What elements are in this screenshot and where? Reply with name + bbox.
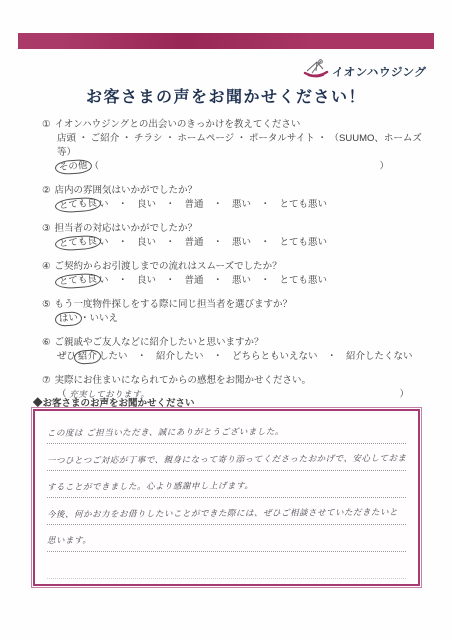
circled-answer-mark: はい [55,311,83,327]
question-4-number: ④ [42,260,51,274]
handwritten-text: 思います。 [47,527,91,552]
top-accent-bar [18,33,434,49]
question-2-text: ② 店内の雰囲気はいかがでしたか？ [42,184,434,198]
page-title: お客さまの声をお聞かせください！ [0,84,452,107]
question-3-text: ③ 担当者の対応はいかがでしたか？ [42,222,434,236]
handwritten-line-1: この度は ご担当いただき、誠にありがとうございました。 [47,417,406,444]
circled-answer-mark: 紹介 [74,349,102,365]
question-6-number: ⑥ [42,336,51,350]
handwritten-text: することができました。心より感謝申し上げます。 [47,472,253,498]
question-5-options: はい・いいえ [42,312,434,326]
question-4-options: とても良い ・ 良い ・ 普通 ・ 悪い ・ とても悪い [42,274,434,288]
handwritten-line-5: 思います。 [47,525,406,552]
question-2-label: 店内の雰囲気はいかがでしたか？ [55,184,198,198]
question-5: ⑤ もう一度物件探しをする際に同じ担当者を選びますか？ はい・いいえ [42,298,434,326]
handwritten-text: この度は ご担当いただき、誠にありがとうございました。 [47,418,284,444]
question-1-label: イオンハウジングとの出会いのきっかけを教えてください [55,118,301,132]
brand-logo-text: イオンハウジング [331,64,426,80]
question-6-options: ぜひ紹介したい ・ 紹介したい ・ どちらともいえない ・ 紹介したくない [42,350,434,364]
question-6-text: ⑥ ご親戚やご友人などに紹介したいと思いますか？ [42,336,434,350]
question-3: ③ 担当者の対応はいかがでしたか？ とても良い ・ 良い ・ 普通 ・ 悪い ・… [42,222,434,250]
question-4: ④ ご契約からお引渡しまでの流れはスムーズでしたか？ とても良い ・ 良い ・ … [42,260,434,288]
question-7-text: ⑦ 実際にお住まいになられてからの感想をお聞かせください。 [42,374,434,388]
question-1: ① イオンハウジングとの出会いのきっかけを教えてください 店頭 ・ ご紹介 ・ … [42,118,434,174]
question-1-text: ① イオンハウジングとの出会いのきっかけを教えてください [42,118,434,132]
option-scale: い ・ 良い ・ 普通 ・ 悪い ・ とても悪い [99,275,327,286]
question-4-text: ④ ご契約からお引渡しまでの流れはスムーズでしたか？ [42,260,434,274]
handwritten-line-2: 一つひとつご対応が丁寧で、親身になって寄り添ってくださったおかげで、安心しておま… [47,444,406,471]
question-7-number: ⑦ [42,374,51,388]
question-2-options: とても良い ・ 良い ・ 普通 ・ 悪い ・ とても悪い [42,198,434,212]
voice-section-header: ◆お客さまのお声をお聞かせください [33,395,195,409]
question-5-number: ⑤ [42,298,51,312]
question-7-label: 実際にお住まいになられてからの感想をお聞かせください。 [55,374,312,388]
question-3-number: ③ [42,222,51,236]
question-1-number: ① [42,118,51,132]
circled-answer-mark: その他 [55,159,92,176]
question-5-text: ⑤ もう一度物件探しをする際に同じ担当者を選びますか？ [42,298,434,312]
question-1-options: 店頭 ・ ご紹介 ・ チラシ ・ ホームページ ・ ポータルサイト ・ （SUU… [42,132,434,160]
question-5-label: もう一度物件探しをする際に同じ担当者を選びますか？ [55,298,293,312]
circled-answer-mark: とても良 [55,272,102,289]
question-3-options: とても良い ・ 良い ・ 普通 ・ 悪い ・ とても悪い [42,236,434,250]
handwritten-text: 一つひとつご対応が丁寧で、親身になって寄り添ってくださったおかげで、安心しておま… [47,445,406,471]
handwritten-text: 今後、何かお力をお借りしたいことができた際には、ぜひご相談させていただきたいと [47,499,398,525]
question-3-label: 担当者の対応はいかがでしたか？ [55,222,198,236]
handwritten-line-3: することができました。心より感謝申し上げます。 [47,471,406,498]
brand-logo: イオンハウジング [303,58,426,80]
close-paren: ） [399,388,409,402]
option-scale: したい ・ 紹介したい ・ どちらともいえない ・ 紹介したくない [99,351,413,362]
question-6-label: ご親戚やご友人などに紹介したいと思いますか？ [55,336,264,350]
option-scale: ・いいえ [80,313,118,324]
circled-answer-mark: とても良 [55,196,102,213]
question-4-label: ご契約からお引渡しまでの流れはスムーズでしたか？ [55,260,282,274]
question-list: ① イオンハウジングとの出会いのきっかけを教えてください 店頭 ・ ご紹介 ・ … [42,118,434,412]
question-1-other: その他（ [57,160,99,174]
aeon-housing-mascot-icon [303,58,329,80]
question-6: ⑥ ご親戚やご友人などに紹介したいと思いますか？ ぜひ紹介したい ・ 紹介したい… [42,336,434,364]
question-2-number: ② [42,184,51,198]
voice-comment-box: この度は ご担当いただき、誠にありがとうございました。 一つひとつご対応が丁寧で… [33,409,420,586]
close-paren: ） [379,160,389,174]
handwritten-line-4: 今後、何かお力をお借りしたいことができた際には、ぜひご相談させていただきたいと [47,498,406,525]
question-2: ② 店内の雰囲気はいかがでしたか？ とても良い ・ 良い ・ 普通 ・ 悪い ・… [42,184,434,212]
option-scale: い ・ 良い ・ 普通 ・ 悪い ・ とても悪い [99,199,327,210]
option-scale: い ・ 良い ・ 普通 ・ 悪い ・ とても悪い [99,237,327,248]
question-1-other-row: その他（ ） [42,160,389,174]
feedback-form-page: イオンハウジング お客さまの声をお聞かせください！ ① イオンハウジングとの出会… [0,0,452,640]
circled-answer-mark: とても良 [55,234,102,251]
empty-guide-line [47,552,406,579]
